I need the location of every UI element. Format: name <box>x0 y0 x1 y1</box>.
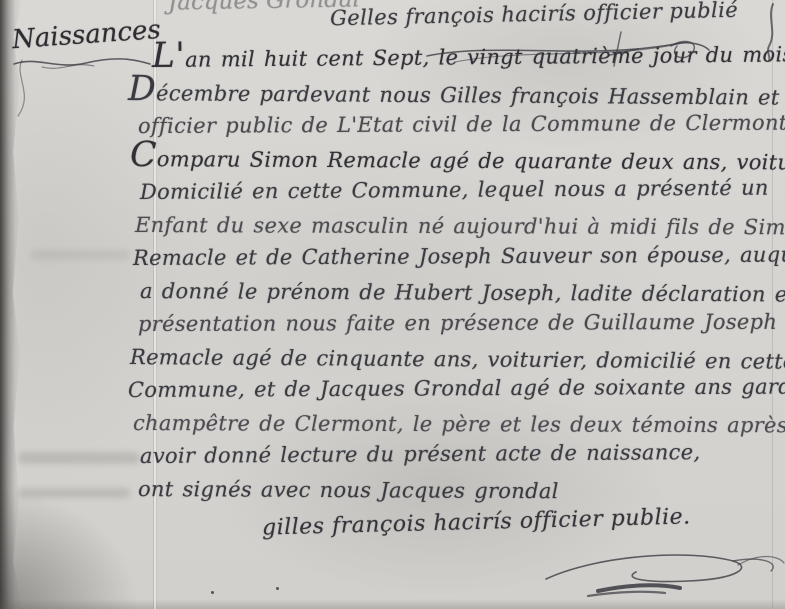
ink-dot <box>276 587 279 590</box>
closing-signature-text: gilles françois hacirís officier publie. <box>262 504 691 540</box>
scanned-document-page: Naissances Jacques Grondal Gelles franço… <box>0 0 785 609</box>
manuscript-line: L'an mil huit cent Sept, le vingt quatri… <box>152 39 768 77</box>
manuscript-line: avoir donné lecture du présent acte de n… <box>140 436 768 473</box>
ink-dot <box>211 591 214 594</box>
manuscript-line: Remacle et de Catherine Joseph Sauveur s… <box>133 239 768 275</box>
verso-bleedthrough <box>18 452 140 464</box>
verso-bleedthrough <box>30 250 130 260</box>
signature-paraph-flourish <box>538 543 785 607</box>
verso-bleedthrough <box>18 488 130 498</box>
manuscript-line: Commune, et de Jacques Grondal agé de so… <box>128 371 768 407</box>
officiant-line-text: Gelles françois hacirís officier publié <box>330 0 738 30</box>
closing-signature: gilles françois hacirís officier publie. <box>262 504 691 540</box>
header-officiant-line: Gelles françois hacirís officier publié <box>330 0 738 30</box>
manuscript-body: L'an mil huit cent Sept, le vingt quatri… <box>128 44 768 506</box>
manuscript-line: présentation nous faite en présence de G… <box>138 306 768 341</box>
bottom-left-corner-shadow <box>0 489 140 609</box>
manuscript-line: officier public de L'Etat civil de la Co… <box>138 107 768 143</box>
manuscript-line: Domicilié en cette Commune, lequel nous … <box>140 172 768 209</box>
